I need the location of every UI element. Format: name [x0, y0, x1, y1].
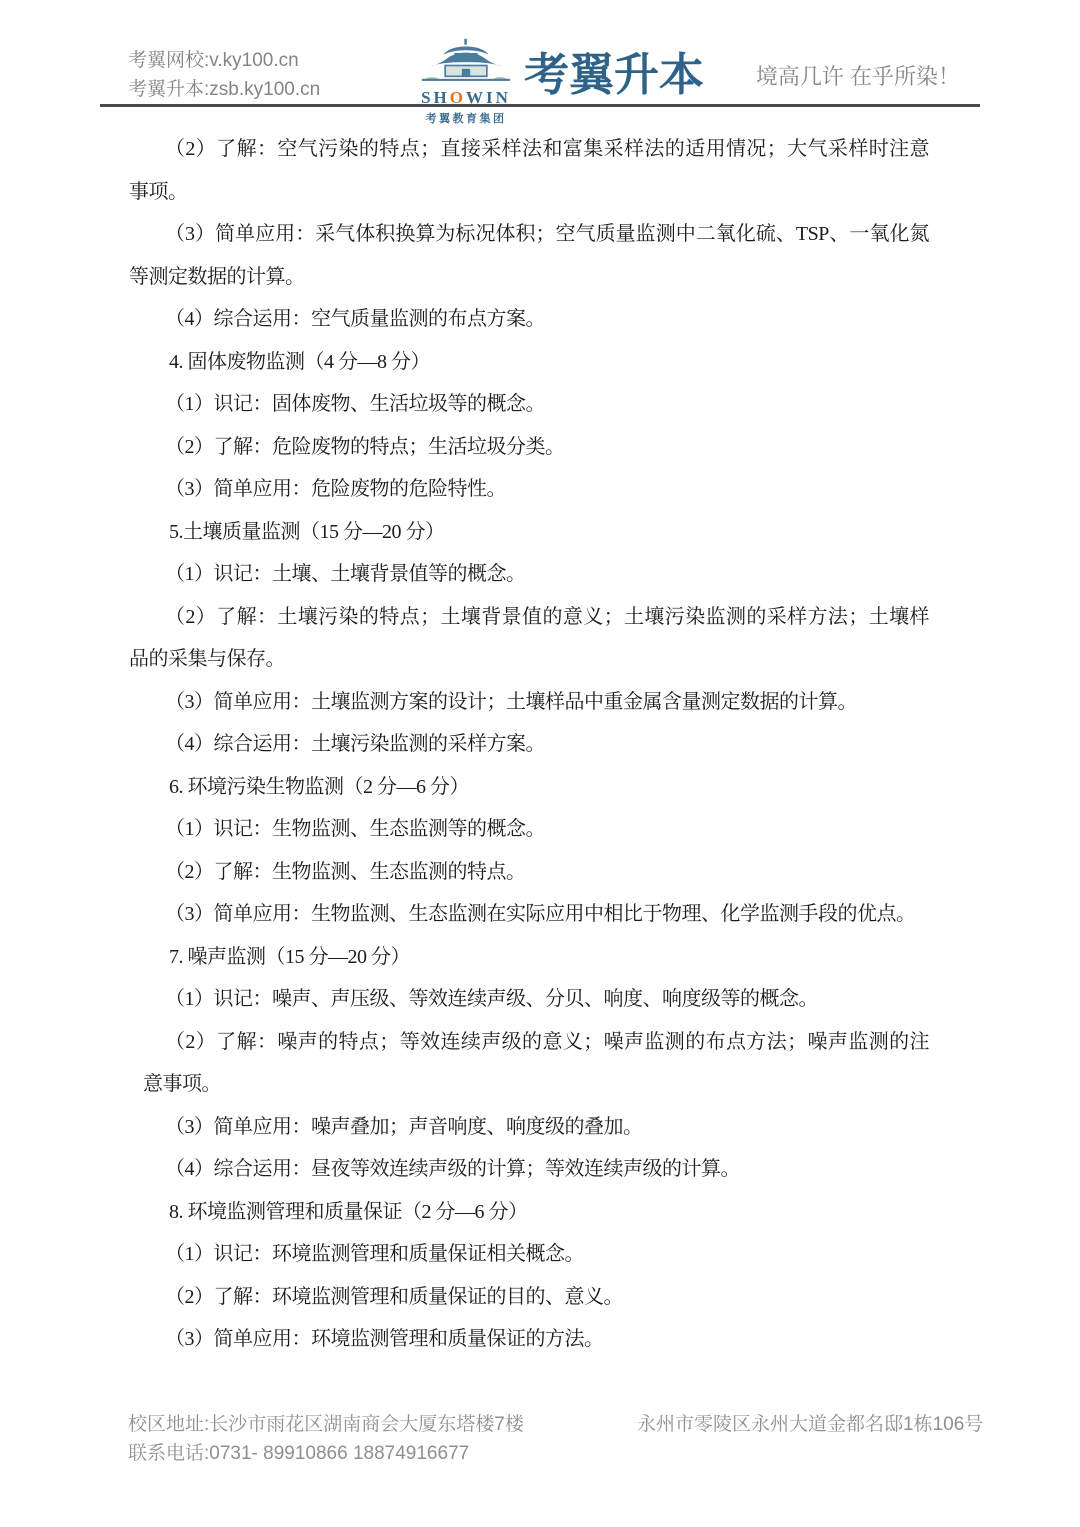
brand-logo: SHOWIN 考翼教育集团 考翼升本	[416, 38, 704, 126]
contact-phone: 联系电话:0731- 89910866 18874916677	[128, 1439, 980, 1468]
header-site-info: 考翼网校:v.ky100.cn 考翼升本:zsb.ky100.cn	[128, 46, 320, 104]
body-line: （1）识记：环境监测管理和质量保证相关概念。	[129, 1233, 929, 1276]
body-line: （2）了解：环境监测管理和质量保证的目的、意义。	[129, 1276, 929, 1319]
site-url-line-2: 考翼升本:zsb.ky100.cn	[128, 75, 320, 104]
header-slogan: 境高几许 在乎所染！	[756, 60, 960, 91]
body-line: 意事项。	[129, 1063, 929, 1106]
header-divider	[100, 104, 980, 107]
body-line: 7. 噪声监测（15 分—20 分）	[129, 936, 929, 979]
brand-group-name: 考翼教育集团	[416, 110, 516, 126]
body-line: （3）简单应用：采气体积换算为标况体积；空气质量监测中二氧化硫、TSP、一氧化氮	[129, 213, 929, 256]
body-line: （3）简单应用：危险废物的危险特性。	[129, 468, 929, 511]
body-line: 6. 环境污染生物监测（2 分—6 分）	[129, 766, 929, 809]
body-line: （4）综合运用：昼夜等效连续声级的计算；等效连续声级的计算。	[129, 1148, 929, 1191]
body-line: 品的采集与保存。	[129, 638, 929, 681]
body-line: 事项。	[129, 171, 929, 214]
body-line: （2）了解：土壤污染的特点；土壤背景值的意义；土壤污染监测的采样方法；土壤样	[129, 596, 929, 639]
branch-address: 永州市零陵区永州大道金都名邸1栋106号	[637, 1410, 983, 1439]
body-line: （1）识记：生物监测、生态监测等的概念。	[129, 808, 929, 851]
brand-logo-mark: SHOWIN 考翼教育集团	[416, 38, 516, 126]
body-line: （2）了解：空气污染的特点；直接采样法和富集采样法的适用情况；大气采样时注意	[129, 128, 929, 171]
body-line: （3）简单应用：环境监测管理和质量保证的方法。	[129, 1318, 929, 1361]
body-line: （3）简单应用：土壤监测方案的设计；土壤样品中重金属含量测定数据的计算。	[129, 681, 929, 724]
body-line: （1）识记：土壤、土壤背景值等的概念。	[129, 553, 929, 596]
brand-name-cn: 考翼升本	[524, 50, 704, 100]
body-line: 8. 环境监测管理和质量保证（2 分—6 分）	[129, 1191, 929, 1234]
body-line: （4）综合运用：空气质量监测的布点方案。	[129, 298, 929, 341]
pavilion-icon	[420, 38, 512, 88]
body-line: （2）了解：生物监测、生态监测的特点。	[129, 851, 929, 894]
body-line: （2）了解：噪声的特点；等效连续声级的意义；噪声监测的布点方法；噪声监测的注	[129, 1021, 929, 1064]
body-line: （2）了解：危险废物的特点；生活垃圾分类。	[129, 426, 929, 469]
body-line: 4. 固体废物监测（4 分—8 分）	[129, 341, 929, 384]
body-line: （1）识记：噪声、声压级、等效连续声级、分贝、响度、响度级等的概念。	[129, 978, 929, 1021]
body-line: 等测定数据的计算。	[129, 256, 929, 299]
footer: 校区地址:长沙市雨花区湖南商会大厦东塔楼7楼 联系电话:0731- 899108…	[128, 1410, 980, 1472]
site-url-line-1: 考翼网校:v.ky100.cn	[128, 46, 320, 75]
body-line: （4）综合运用：土壤污染监测的采样方案。	[129, 723, 929, 766]
page: { "header": { "site_lines": ["考翼网校:v.ky1…	[0, 0, 1080, 1527]
body-line: （1）识记：固体废物、生活垃圾等的概念。	[129, 383, 929, 426]
body-line: （3）简单应用：生物监测、生态监测在实际应用中相比于物理、化学监测手段的优点。	[129, 893, 929, 936]
body-line: 5.土壤质量监测（15 分—20 分）	[129, 511, 929, 554]
body-line: （3）简单应用：噪声叠加；声音响度、响度级的叠加。	[129, 1106, 929, 1149]
document-body: （2）了解：空气污染的特点；直接采样法和富集采样法的适用情况；大气采样时注意事项…	[129, 128, 929, 1361]
